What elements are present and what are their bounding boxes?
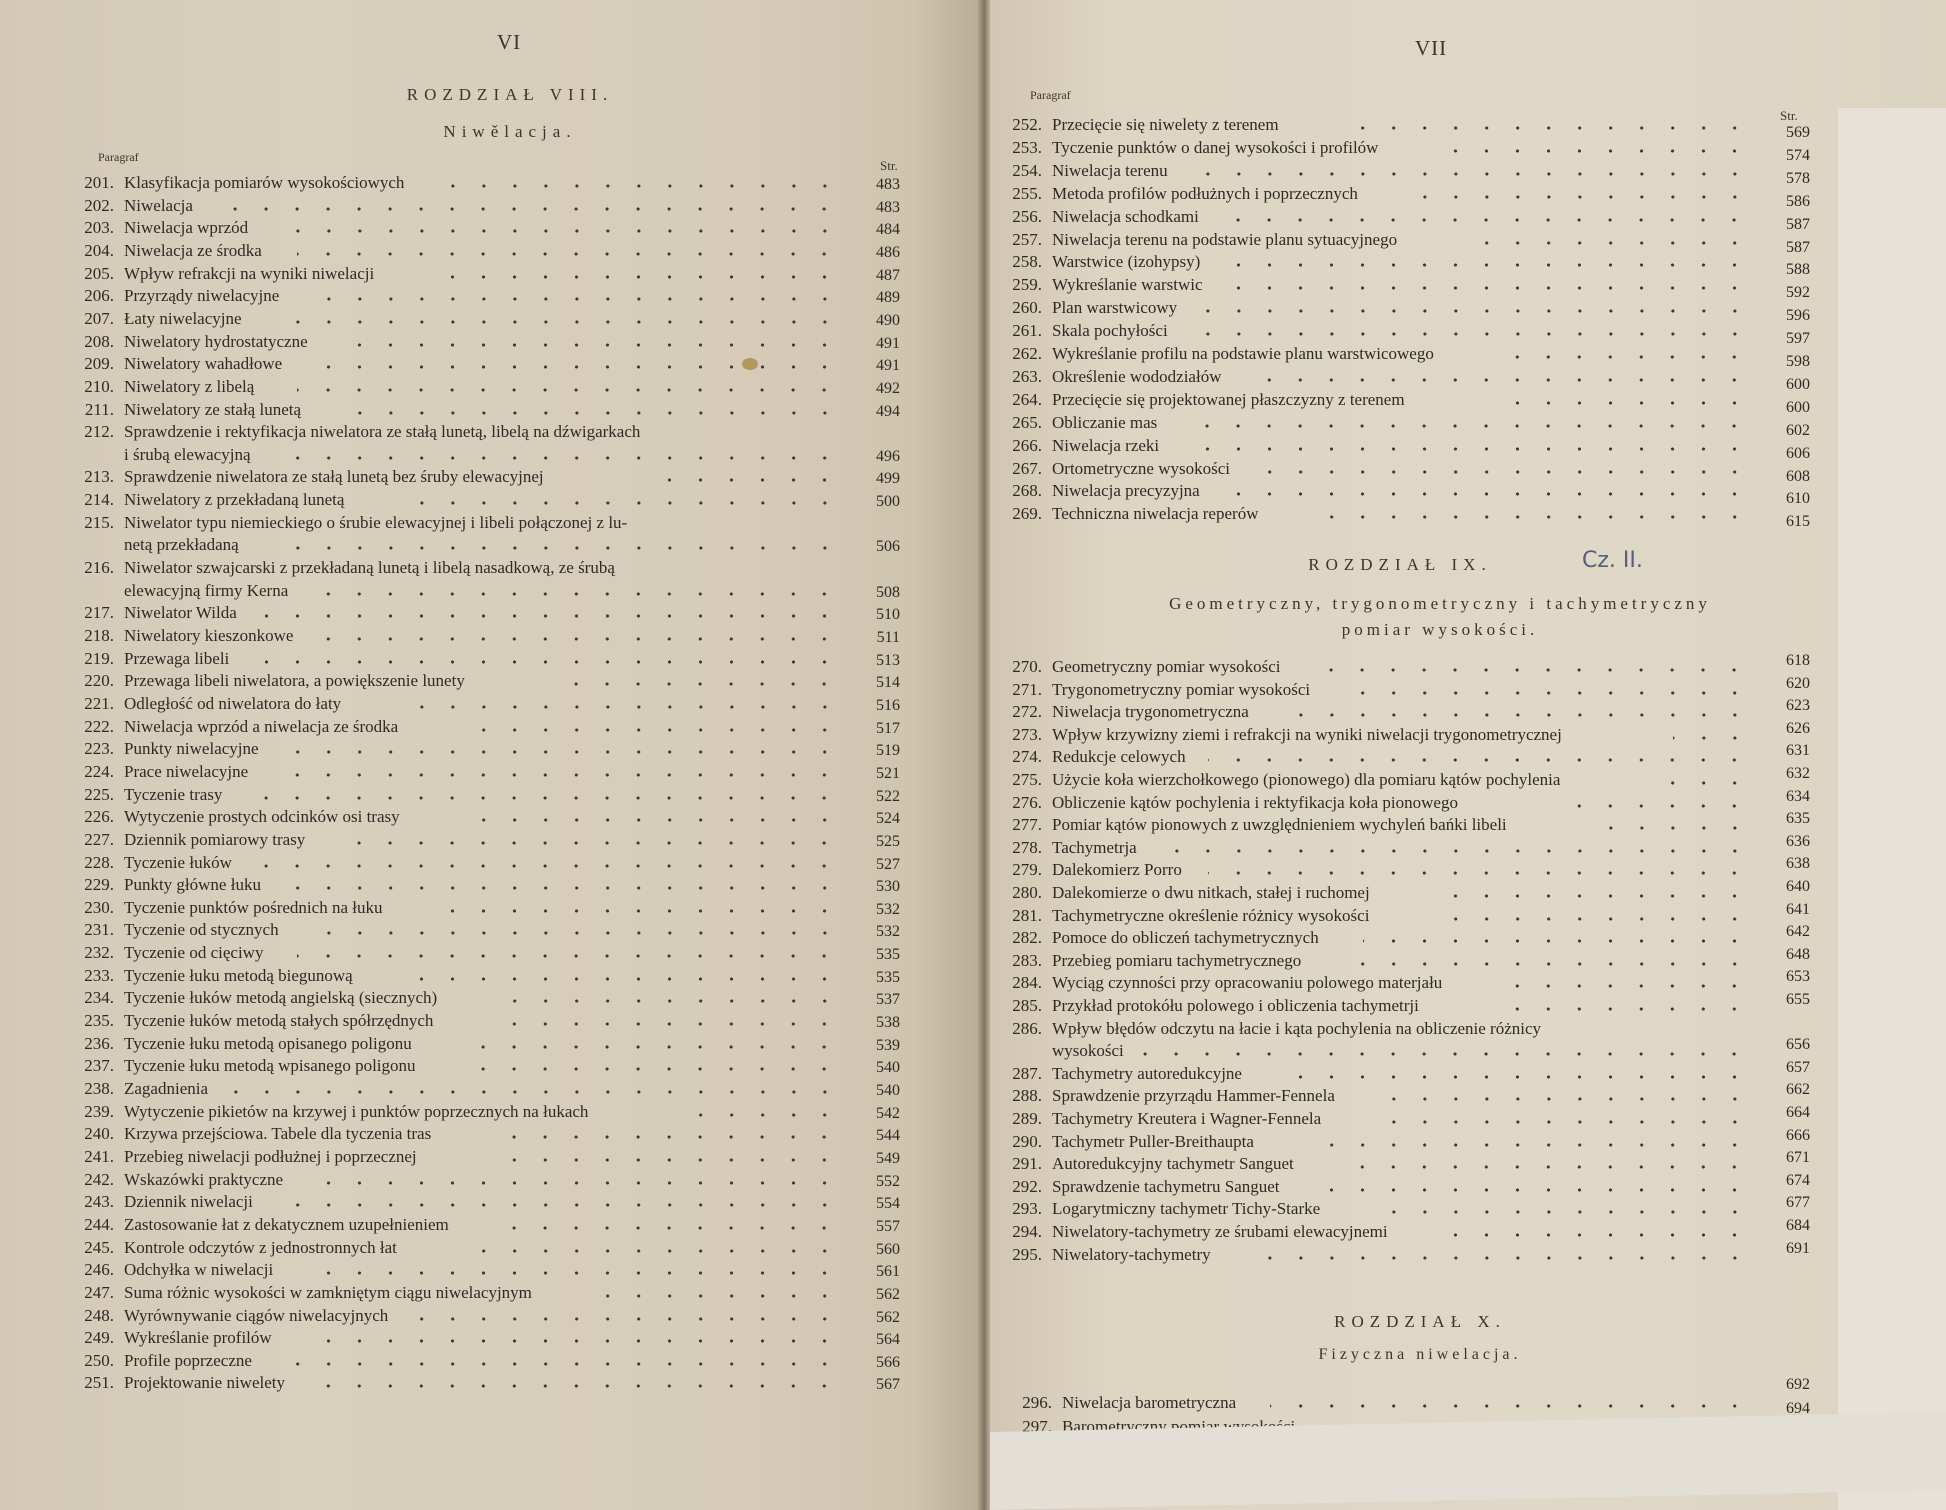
page-reference: 635 bbox=[1766, 810, 1810, 828]
leader-dots bbox=[1208, 859, 1750, 881]
page-reference: 691 bbox=[1766, 1240, 1810, 1258]
paragraph-number: 228. bbox=[62, 852, 114, 874]
page-reference: 549 bbox=[856, 1150, 900, 1168]
entry-title: Wykreślanie warstwic bbox=[1052, 274, 1203, 296]
leader-dots bbox=[272, 217, 840, 239]
handwritten-note: Cz. II. bbox=[1582, 548, 1643, 573]
leader-dots bbox=[461, 806, 840, 828]
entry-title: Niwelatory hydrostatyczne bbox=[124, 331, 308, 353]
entry-title: Niwelacja schodkami bbox=[1052, 206, 1199, 228]
paragraph-number: 253. bbox=[990, 137, 1042, 159]
leader-dots bbox=[1303, 1131, 1750, 1153]
leader-dots bbox=[1509, 343, 1750, 365]
page-reference: 492 bbox=[856, 380, 900, 398]
paragraph-number: 288. bbox=[990, 1085, 1042, 1107]
leader-dots bbox=[1363, 927, 1750, 949]
page-reference: 653 bbox=[1766, 968, 1810, 986]
entry-title: Tachymetry autoredukcyjne bbox=[1052, 1063, 1242, 1085]
page-reference: 641 bbox=[1766, 901, 1810, 919]
paragraph-number: 201. bbox=[62, 172, 114, 194]
leader-dots bbox=[1372, 1198, 1750, 1220]
entry-title: Profile poprzeczne bbox=[124, 1350, 252, 1372]
leader-dots bbox=[1449, 1221, 1750, 1243]
leader-dots bbox=[444, 172, 840, 194]
leader-dots bbox=[461, 716, 840, 738]
paragraph-number: 293. bbox=[990, 1198, 1042, 1220]
paragraph-number: 263. bbox=[990, 366, 1042, 388]
paragraph-number: 230. bbox=[62, 897, 114, 919]
paragraph-number: 256. bbox=[990, 206, 1042, 228]
paragraph-number: 277. bbox=[990, 814, 1042, 836]
leader-dots bbox=[1200, 297, 1750, 319]
entry-title: Niwelacja rzeki bbox=[1052, 435, 1159, 457]
paragraph-number: 229. bbox=[62, 874, 114, 896]
page-reference: 636 bbox=[1766, 833, 1810, 851]
paragraph-number: 292. bbox=[990, 1176, 1042, 1198]
entry-title: Niwelator szwajcarski z przekładaną lune… bbox=[124, 557, 615, 579]
paragraph-number: 289. bbox=[990, 1108, 1042, 1130]
entry-title: Trygonometryczny pomiar wysokości bbox=[1052, 679, 1310, 701]
entry-title: Tyczenie od cięciwy bbox=[124, 942, 263, 964]
page-reference: 540 bbox=[856, 1082, 900, 1100]
paragraf-label: Paragraf bbox=[1030, 88, 1071, 103]
page-reference: 510 bbox=[856, 606, 900, 624]
entry-title: Wykreślanie profilu na podstawie planu w… bbox=[1052, 343, 1434, 365]
leader-dots bbox=[1346, 950, 1750, 972]
leader-dots bbox=[676, 1101, 840, 1123]
entry-title: Niwelacja barometryczna bbox=[1062, 1392, 1236, 1414]
entry-title: Przewaga libeli niwelatora, a powiększen… bbox=[124, 670, 465, 692]
leader-dots bbox=[1200, 320, 1750, 342]
entry-title: Tyczenie punktów o danej wysokości i pro… bbox=[1052, 137, 1378, 159]
paragraph-number: 257. bbox=[990, 229, 1042, 251]
entry-title: Niwelacja bbox=[124, 195, 193, 217]
page-reference: 483 bbox=[856, 176, 900, 194]
leader-dots bbox=[590, 1282, 840, 1304]
leader-dots bbox=[401, 693, 840, 715]
leader-dots bbox=[272, 308, 840, 330]
entry-title: Punkty główne łuku bbox=[124, 874, 261, 896]
leader-dots bbox=[263, 602, 840, 624]
page-reference: 532 bbox=[856, 923, 900, 941]
entry-title: Wytyczenie pikietów na krzywej i punktów… bbox=[124, 1101, 588, 1123]
leader-dots bbox=[1234, 251, 1750, 273]
leader-dots bbox=[315, 285, 840, 307]
leader-dots bbox=[650, 466, 840, 488]
leader-dots bbox=[306, 353, 840, 375]
page-reference: 490 bbox=[856, 312, 900, 330]
entry-title: Tachymetry Kreutera i Wagner-Fennela bbox=[1052, 1108, 1321, 1130]
page-number-folio: VII bbox=[1415, 36, 1447, 61]
page-reference: 615 bbox=[1766, 513, 1810, 531]
page-reference: 684 bbox=[1766, 1217, 1810, 1235]
page-reference: 540 bbox=[856, 1059, 900, 1077]
leader-dots bbox=[469, 1033, 840, 1055]
paragraph-number: 243. bbox=[62, 1191, 114, 1213]
entry-title: Niwelatory z przekładaną lunetą bbox=[124, 489, 344, 511]
page-reference: 638 bbox=[1766, 855, 1810, 873]
page-reference: 552 bbox=[856, 1173, 900, 1191]
leader-dots bbox=[435, 263, 840, 285]
page-reference: 538 bbox=[856, 1014, 900, 1032]
leader-dots bbox=[280, 761, 840, 783]
leader-dots bbox=[1157, 837, 1750, 859]
page-reference: 499 bbox=[856, 470, 900, 488]
paragraph-number: 284. bbox=[990, 972, 1042, 994]
leader-dots bbox=[1509, 995, 1750, 1017]
leader-dots bbox=[297, 942, 840, 964]
leader-dots bbox=[211, 195, 840, 217]
paragraph-number: 278. bbox=[990, 837, 1042, 859]
paragraph-number: 237. bbox=[62, 1055, 114, 1077]
leader-dots bbox=[401, 489, 840, 511]
leader-dots bbox=[297, 376, 840, 398]
entry-title: Geometryczny pomiar wysokości bbox=[1052, 656, 1281, 678]
page-reference: 494 bbox=[856, 403, 900, 421]
paragraph-number: 202. bbox=[62, 195, 114, 217]
page-reference: 561 bbox=[856, 1263, 900, 1281]
paragraph-number: 252. bbox=[990, 114, 1042, 136]
leader-dots bbox=[1372, 1108, 1750, 1130]
leader-dots bbox=[512, 1123, 840, 1145]
leader-dots bbox=[461, 1237, 840, 1259]
page-reference: 542 bbox=[856, 1105, 900, 1123]
entry-title: Tyczenie łuku metodą biegunową bbox=[124, 965, 353, 987]
toc-entry: 215.Niwelator typu niemieckiego o śrubie… bbox=[62, 512, 900, 534]
paragraph-number: 251. bbox=[62, 1372, 114, 1394]
leader-dots bbox=[272, 534, 840, 556]
leader-dots bbox=[323, 580, 840, 602]
entry-title: Sprawdzenie niwelatora ze stałą lunetą b… bbox=[124, 466, 544, 488]
page-reference: 564 bbox=[856, 1331, 900, 1349]
paragraph-number: 236. bbox=[62, 1033, 114, 1055]
page-reference: 664 bbox=[1766, 1104, 1810, 1122]
page-reference: 524 bbox=[856, 810, 900, 828]
page-reference: 620 bbox=[1766, 675, 1810, 693]
leader-dots bbox=[315, 919, 840, 941]
paragraph-number: 295. bbox=[990, 1244, 1042, 1266]
chapter-heading: ROZDZIAŁ IX. bbox=[1210, 555, 1590, 575]
leader-dots bbox=[1449, 137, 1750, 159]
entry-title: Suma różnic wysokości w zamkniętym ciągu… bbox=[124, 1282, 532, 1304]
paragraph-number: 227. bbox=[62, 829, 114, 851]
paragraph-number: 254. bbox=[990, 160, 1042, 182]
leader-dots bbox=[504, 987, 840, 1009]
page-reference: 692 bbox=[1766, 1376, 1810, 1394]
entry-title: Wyciąg czynności przy opracowaniu polowe… bbox=[1052, 972, 1442, 994]
paragraph-number: 239. bbox=[62, 1101, 114, 1123]
leader-dots bbox=[418, 1305, 840, 1327]
leader-dots bbox=[1277, 1063, 1750, 1085]
paragraph-number: 247. bbox=[62, 1282, 114, 1304]
paragraph-number: 268. bbox=[990, 480, 1042, 502]
leader-dots bbox=[392, 965, 840, 987]
page-reference: 626 bbox=[1766, 720, 1810, 738]
chapter-heading: ROZDZIAŁ X. bbox=[1230, 1312, 1610, 1332]
entry-title: Wpływ refrakcji na wyniki niwelacji bbox=[124, 263, 374, 285]
paragraph-number: 219. bbox=[62, 648, 114, 670]
chapter-title: Fizyczna niwelacja. bbox=[1230, 1346, 1610, 1364]
leader-dots bbox=[306, 1327, 840, 1349]
entry-title: Wpływ błędów odczytu na łacie i kąta poc… bbox=[1052, 1018, 1541, 1040]
entry-title: Tyczenie łuku metodą wpisanego poligonu bbox=[124, 1055, 416, 1077]
leader-dots bbox=[1552, 792, 1750, 814]
entry-title: Dziennik niwelacji bbox=[124, 1191, 253, 1213]
leader-dots bbox=[1311, 656, 1750, 678]
entry-title: Plan warstwicowy bbox=[1052, 297, 1177, 319]
entry-title-continuation: netą przekładaną bbox=[124, 534, 239, 556]
paragraph-number: 216. bbox=[62, 557, 114, 579]
paragraph-number: 218. bbox=[62, 625, 114, 647]
page-reference: 632 bbox=[1766, 765, 1810, 783]
page-reference: 535 bbox=[856, 969, 900, 987]
paragraph-number: 207. bbox=[62, 308, 114, 330]
entry-title: Punkty niwelacyjne bbox=[124, 738, 259, 760]
leader-dots bbox=[289, 1350, 840, 1372]
entry-title: Klasyfikacja pomiarów wysokościowych bbox=[124, 172, 404, 194]
page-reference: 489 bbox=[856, 289, 900, 307]
entry-title: Dalekomierz Porro bbox=[1052, 859, 1182, 881]
paragraph-number: 294. bbox=[990, 1221, 1042, 1243]
page-reference: 491 bbox=[856, 335, 900, 353]
entry-title: Niwelacja trygonometryczna bbox=[1052, 701, 1249, 723]
leader-dots bbox=[1673, 724, 1750, 746]
chapter-title-line-2: pomiar wysokości. bbox=[1100, 620, 1780, 640]
page-reference: 530 bbox=[856, 878, 900, 896]
leader-dots bbox=[469, 1055, 840, 1077]
leader-dots bbox=[1346, 114, 1750, 136]
leader-dots bbox=[1346, 679, 1750, 701]
leader-dots bbox=[1475, 229, 1750, 251]
page-reference: 484 bbox=[856, 221, 900, 239]
page-reference: 522 bbox=[856, 788, 900, 806]
page-reference: 511 bbox=[856, 629, 900, 647]
paragraph-number: 259. bbox=[990, 274, 1042, 296]
paragraph-number: 231. bbox=[62, 919, 114, 941]
entry-title: Dziennik pomiarowy trasy bbox=[124, 829, 305, 851]
paragraph-number: 273. bbox=[990, 724, 1042, 746]
paragraf-label: Paragraf bbox=[98, 150, 139, 165]
entry-title: Krzywa przejściowa. Tabele dla tyczenia … bbox=[124, 1123, 431, 1145]
leader-dots bbox=[1200, 160, 1750, 182]
entry-title: Tyczenie trasy bbox=[124, 784, 222, 806]
entry-title: Przecięcie się niwelety z terenem bbox=[1052, 114, 1279, 136]
paragraph-number: 214. bbox=[62, 489, 114, 511]
entry-title: Wyrównywanie ciągów niwelacyjnych bbox=[124, 1305, 388, 1327]
paragraph-number: 215. bbox=[62, 512, 114, 534]
leader-dots bbox=[289, 738, 840, 760]
paragraph-number: 281. bbox=[990, 905, 1042, 927]
page-reference: 486 bbox=[856, 244, 900, 262]
toc-entry: 216.Niwelator szwajcarski z przekładaną … bbox=[62, 557, 900, 579]
entry-title: Przykład protokółu polowego i obliczenia… bbox=[1052, 995, 1419, 1017]
leader-dots bbox=[306, 1259, 840, 1281]
leader-dots bbox=[1139, 1040, 1750, 1062]
chapter-title-line-1: Geometryczny, trygonometryczny i tachyme… bbox=[1100, 594, 1780, 614]
leader-dots bbox=[495, 1010, 840, 1032]
leader-dots bbox=[495, 1146, 840, 1168]
page-reference: 554 bbox=[856, 1195, 900, 1213]
page-reference: 562 bbox=[856, 1309, 900, 1327]
leader-dots bbox=[1509, 972, 1750, 994]
page-reference: 631 bbox=[1766, 742, 1810, 760]
leader-dots bbox=[349, 331, 840, 353]
entry-title: Sprawdzenie przyrządu Hammer-Fennela bbox=[1052, 1085, 1335, 1107]
paragraph-number: 280. bbox=[990, 882, 1042, 904]
leader-dots bbox=[1372, 1085, 1750, 1107]
paragraph-number: 223. bbox=[62, 738, 114, 760]
leader-dots bbox=[1225, 206, 1750, 228]
entry-title: Pomiar kątów pionowych z uwzględnieniem … bbox=[1052, 814, 1507, 836]
entry-title: Ortometryczne wysokości bbox=[1052, 458, 1230, 480]
entry-title: Tyczenie łuków metodą angielską (sieczny… bbox=[124, 987, 437, 1009]
leader-dots bbox=[229, 1078, 840, 1100]
entry-title: Tachymetr Puller-Breithaupta bbox=[1052, 1131, 1254, 1153]
entry-title: Pomoce do obliczeń tachymetrycznych bbox=[1052, 927, 1319, 949]
paragraph-number: 203. bbox=[62, 217, 114, 239]
page-reference: 496 bbox=[856, 448, 900, 466]
entry-title: Logarytmiczny tachymetr Tichy-Starke bbox=[1052, 1198, 1320, 1220]
paragraph-number: 222. bbox=[62, 716, 114, 738]
leader-dots bbox=[1270, 1392, 1750, 1414]
page-reference: 677 bbox=[1766, 1194, 1810, 1212]
paragraph-number: 275. bbox=[990, 769, 1042, 791]
paragraph-number: 265. bbox=[990, 412, 1042, 434]
entry-title: Łaty niwelacyjne bbox=[124, 308, 242, 330]
paper-stain bbox=[742, 358, 758, 370]
toc-entry: 212.Sprawdzenie i rektyfikacja niwelator… bbox=[62, 421, 900, 443]
entry-title: Przebieg niwelacji podłużnej i poprzeczn… bbox=[124, 1146, 417, 1168]
entry-title: Użycie koła wierzchołkowego (pionowego) … bbox=[1052, 769, 1560, 791]
entry-title: Autoredukcyjny tachymetr Sanguet bbox=[1052, 1153, 1294, 1175]
leader-dots bbox=[323, 625, 840, 647]
page-reference: 516 bbox=[856, 697, 900, 715]
leader-dots bbox=[1320, 1176, 1750, 1198]
leader-dots bbox=[555, 670, 840, 692]
paragraph-number: 234. bbox=[62, 987, 114, 1009]
entry-title: Niwelatory kieszonkowe bbox=[124, 625, 293, 647]
paragraph-number: 210. bbox=[62, 376, 114, 398]
entry-title: Sprawdzenie i rektyfikacja niwelatora ze… bbox=[124, 421, 640, 443]
entry-title: Kontrole odczytów z jednostronnych łat bbox=[124, 1237, 397, 1259]
page-reference: 562 bbox=[856, 1286, 900, 1304]
leader-dots bbox=[289, 444, 840, 466]
page-reference: 640 bbox=[1766, 878, 1810, 896]
paragraph-number: 270. bbox=[990, 656, 1042, 678]
entry-title: Odchyłka w niwelacji bbox=[124, 1259, 273, 1281]
entry-title: Przecięcie się projektowanej płaszczyzny… bbox=[1052, 389, 1405, 411]
backing-sheet bbox=[1838, 108, 1946, 1510]
leader-dots bbox=[1286, 701, 1750, 723]
paragraph-number: 287. bbox=[990, 1063, 1042, 1085]
page-reference: 623 bbox=[1766, 697, 1810, 715]
paragraph-number: 266. bbox=[990, 435, 1042, 457]
page-reference: 519 bbox=[856, 742, 900, 760]
paragraph-number: 255. bbox=[990, 183, 1042, 205]
toc-entry: 286.Wpływ błędów odczytu na łacie i kąta… bbox=[990, 1018, 1810, 1040]
entry-title: Tachymetryczne określenie różnicy wysoko… bbox=[1052, 905, 1369, 927]
paragraph-number: 272. bbox=[990, 701, 1042, 723]
entry-title: Tyczenie łuku metodą opisanego poligonu bbox=[124, 1033, 412, 1055]
leader-dots bbox=[254, 852, 840, 874]
page-reference: 560 bbox=[856, 1241, 900, 1259]
entry-title: Tyczenie od stycznych bbox=[124, 919, 279, 941]
entry-title: Tyczenie łuków bbox=[124, 852, 232, 874]
leader-dots bbox=[1260, 458, 1750, 480]
entry-title: Niwelacja terenu na podstawie planu sytu… bbox=[1052, 229, 1397, 251]
leader-dots bbox=[1208, 746, 1750, 768]
page-reference: 527 bbox=[856, 856, 900, 874]
paragraph-number: 267. bbox=[990, 458, 1042, 480]
entry-title: Niwelacja precyzyjna bbox=[1052, 480, 1200, 502]
entry-title: Techniczna niwelacja reperów bbox=[1052, 503, 1258, 525]
paragraph-number: 264. bbox=[990, 389, 1042, 411]
paragraph-number: 209. bbox=[62, 353, 114, 375]
leader-dots bbox=[323, 1372, 840, 1394]
page-reference: 657 bbox=[1766, 1059, 1810, 1077]
paragraph-number: 249. bbox=[62, 1327, 114, 1349]
leader-dots bbox=[1251, 366, 1750, 388]
leader-dots bbox=[1587, 814, 1750, 836]
page-reference: 500 bbox=[856, 493, 900, 511]
page-reference: 513 bbox=[856, 652, 900, 670]
entry-title: Tachymetrja bbox=[1052, 837, 1137, 859]
paragraph-number: 213. bbox=[62, 466, 114, 488]
entry-title: Niwelatory-tachymetry bbox=[1052, 1244, 1211, 1266]
paragraph-number: 276. bbox=[990, 792, 1042, 814]
paragraph-number: 204. bbox=[62, 240, 114, 262]
entry-title: Wytyczenie prostych odcinków osi trasy bbox=[124, 806, 400, 828]
leader-dots bbox=[1647, 769, 1750, 791]
leader-dots bbox=[1303, 503, 1750, 525]
entry-title: Obliczenie kątów pochylenia i rektyfikac… bbox=[1052, 792, 1458, 814]
page-reference: 491 bbox=[856, 357, 900, 375]
paragraph-number: 258. bbox=[990, 251, 1042, 273]
entry-title: Niwelacja ze środka bbox=[124, 240, 262, 262]
paragraph-number: 221. bbox=[62, 693, 114, 715]
entry-title: Przebieg pomiaru tachymetrycznego bbox=[1052, 950, 1301, 972]
leader-dots bbox=[1449, 882, 1750, 904]
entry-title: Prace niwelacyjne bbox=[124, 761, 248, 783]
entry-title: Niwelatory ze stałą lunetą bbox=[124, 399, 301, 421]
paragraph-number: 296. bbox=[1000, 1392, 1052, 1414]
entry-title: Skala pochyłości bbox=[1052, 320, 1168, 342]
entry-title: Wpływ krzywizny ziemi i refrakcji na wyn… bbox=[1052, 724, 1562, 746]
page-reference: 517 bbox=[856, 720, 900, 738]
right-page: VII Paragraf Str. 252.Przecięcie się niw… bbox=[990, 0, 1946, 1510]
paragraph-number: 233. bbox=[62, 965, 114, 987]
leader-dots bbox=[297, 240, 840, 262]
leader-dots bbox=[1492, 389, 1750, 411]
leader-dots bbox=[340, 829, 840, 851]
entry-title: Określenie wododziałów bbox=[1052, 366, 1221, 388]
leader-dots bbox=[289, 874, 840, 896]
entry-title: Dalekomierze o dwu nitkach, stałej i ruc… bbox=[1052, 882, 1370, 904]
leader-dots bbox=[1182, 412, 1750, 434]
entry-title: Warstwice (izohypsy) bbox=[1052, 251, 1200, 273]
page-reference: 514 bbox=[856, 674, 900, 692]
paragraph-number: 286. bbox=[990, 1018, 1042, 1040]
entry-title: Niwelator typu niemieckiego o śrubie ele… bbox=[124, 512, 627, 534]
leader-dots bbox=[1234, 274, 1750, 296]
paragraph-number: 248. bbox=[62, 1305, 114, 1327]
paragraph-number: 246. bbox=[62, 1259, 114, 1281]
chapter-heading: ROZDZIAŁ VIII. bbox=[300, 85, 720, 105]
entry-title: Niwelator Wilda bbox=[124, 602, 237, 624]
entry-title-continuation: elewacyjną firmy Kerna bbox=[124, 580, 288, 602]
entry-title: Przyrządy niwelacyjne bbox=[124, 285, 279, 307]
entry-title: Niwelatory-tachymetry ze śrubami elewacy… bbox=[1052, 1221, 1388, 1243]
